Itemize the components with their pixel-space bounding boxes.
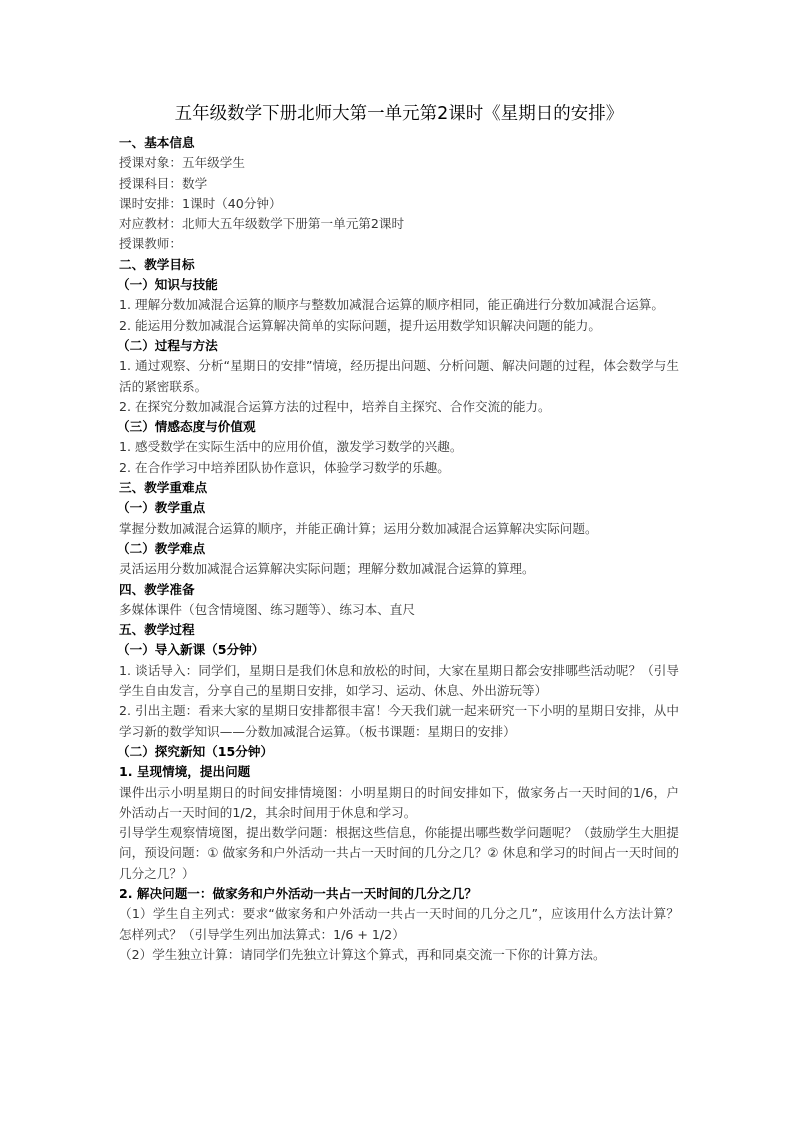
subheading-key-focus: （一）教学重点	[117, 498, 679, 518]
info-textbook: 对应教材：北师大五年级数学下册第一单元第2课时	[119, 214, 679, 234]
subheading-process-methods: （二）过程与方法	[117, 336, 679, 356]
process-item: 1. 谈话导入：同学们，星期日是我们休息和放松的时间，大家在星期日都会安排哪些活…	[119, 661, 679, 702]
goal-item: 1. 感受数学在实际生活中的应用价值，激发学习数学的兴趣。	[119, 437, 679, 457]
process-item: 2. 引出主题：看来大家的星期日安排都很丰富！今天我们就一起来研究一下小明的星期…	[119, 701, 679, 742]
goal-item: 1. 通过观察、分析“星期日的安排”情境，经历提出问题、分析问题、解决问题的过程…	[119, 356, 679, 397]
document-title: 五年级数学下册北师大第一单元第2课时《星期日的安排》	[119, 100, 679, 128]
info-subject: 授课科目：数学	[119, 174, 679, 194]
subheading-key-difficulty: （二）教学难点	[117, 539, 679, 559]
section-heading-key-points: 三、教学重难点	[119, 478, 679, 498]
document-page: 五年级数学下册北师大第一单元第2课时《星期日的安排》 一、基本信息 授课对象：五…	[119, 100, 679, 965]
key-difficulty-text: 灵活运用分数加减混合运算解决实际问题；理解分数加减混合运算的算理。	[119, 559, 679, 579]
section-heading-goals: 二、教学目标	[119, 255, 679, 275]
step-heading-present-situation: 1. 呈现情境，提出问题	[119, 762, 679, 782]
subheading-introduction: （一）导入新课（5分钟）	[117, 640, 679, 660]
subheading-explore: （二）探究新知（15分钟）	[117, 742, 679, 762]
info-teacher: 授课教师：	[119, 234, 679, 254]
goal-item: 2. 能运用分数加减混合运算解决简单的实际问题，提升运用数学知识解决问题的能力。	[119, 316, 679, 336]
preparation-text: 多媒体课件（包含情境图、练习题等）、练习本、直尺	[119, 600, 679, 620]
info-audience: 授课对象：五年级学生	[119, 153, 679, 173]
key-focus-text: 掌握分数加减混合运算的顺序，并能正确计算；运用分数加减混合运算解决实际问题。	[119, 519, 679, 539]
section-heading-process: 五、教学过程	[119, 620, 679, 640]
step-heading-solve-problem-one: 2. 解决问题一：做家务和户外活动一共占一天时间的几分之几？	[119, 884, 679, 904]
section-heading-preparation: 四、教学准备	[119, 580, 679, 600]
goal-item: 1. 理解分数加减混合运算的顺序与整数加减混合运算的顺序相同，能正确进行分数加减…	[119, 295, 679, 315]
goal-item: 2. 在探究分数加减混合运算方法的过程中，培养自主探究、合作交流的能力。	[119, 397, 679, 417]
goal-item: 2. 在合作学习中培养团队协作意识，体验学习数学的乐趣。	[119, 458, 679, 478]
section-heading-basic-info: 一、基本信息	[119, 133, 679, 153]
subheading-attitudes-values: （三）情感态度与价值观	[117, 417, 679, 437]
info-duration: 课时安排：1课时（40分钟）	[119, 194, 679, 214]
process-item: 课件出示小明星期日的时间安排情境图：小明星期日的时间安排如下，做家务占一天时间的…	[119, 783, 679, 824]
process-item: （2）学生独立计算：请同学们先独立计算这个算式，再和同桌交流一下你的计算方法。	[119, 945, 679, 965]
subheading-knowledge-skills: （一）知识与技能	[117, 275, 679, 295]
process-item: 引导学生观察情境图，提出数学问题：根据这些信息，你能提出哪些数学问题呢？（鼓励学…	[119, 823, 679, 884]
process-item: （1）学生自主列式：要求“做家务和户外活动一共占一天时间的几分之几”，应该用什么…	[119, 904, 679, 945]
